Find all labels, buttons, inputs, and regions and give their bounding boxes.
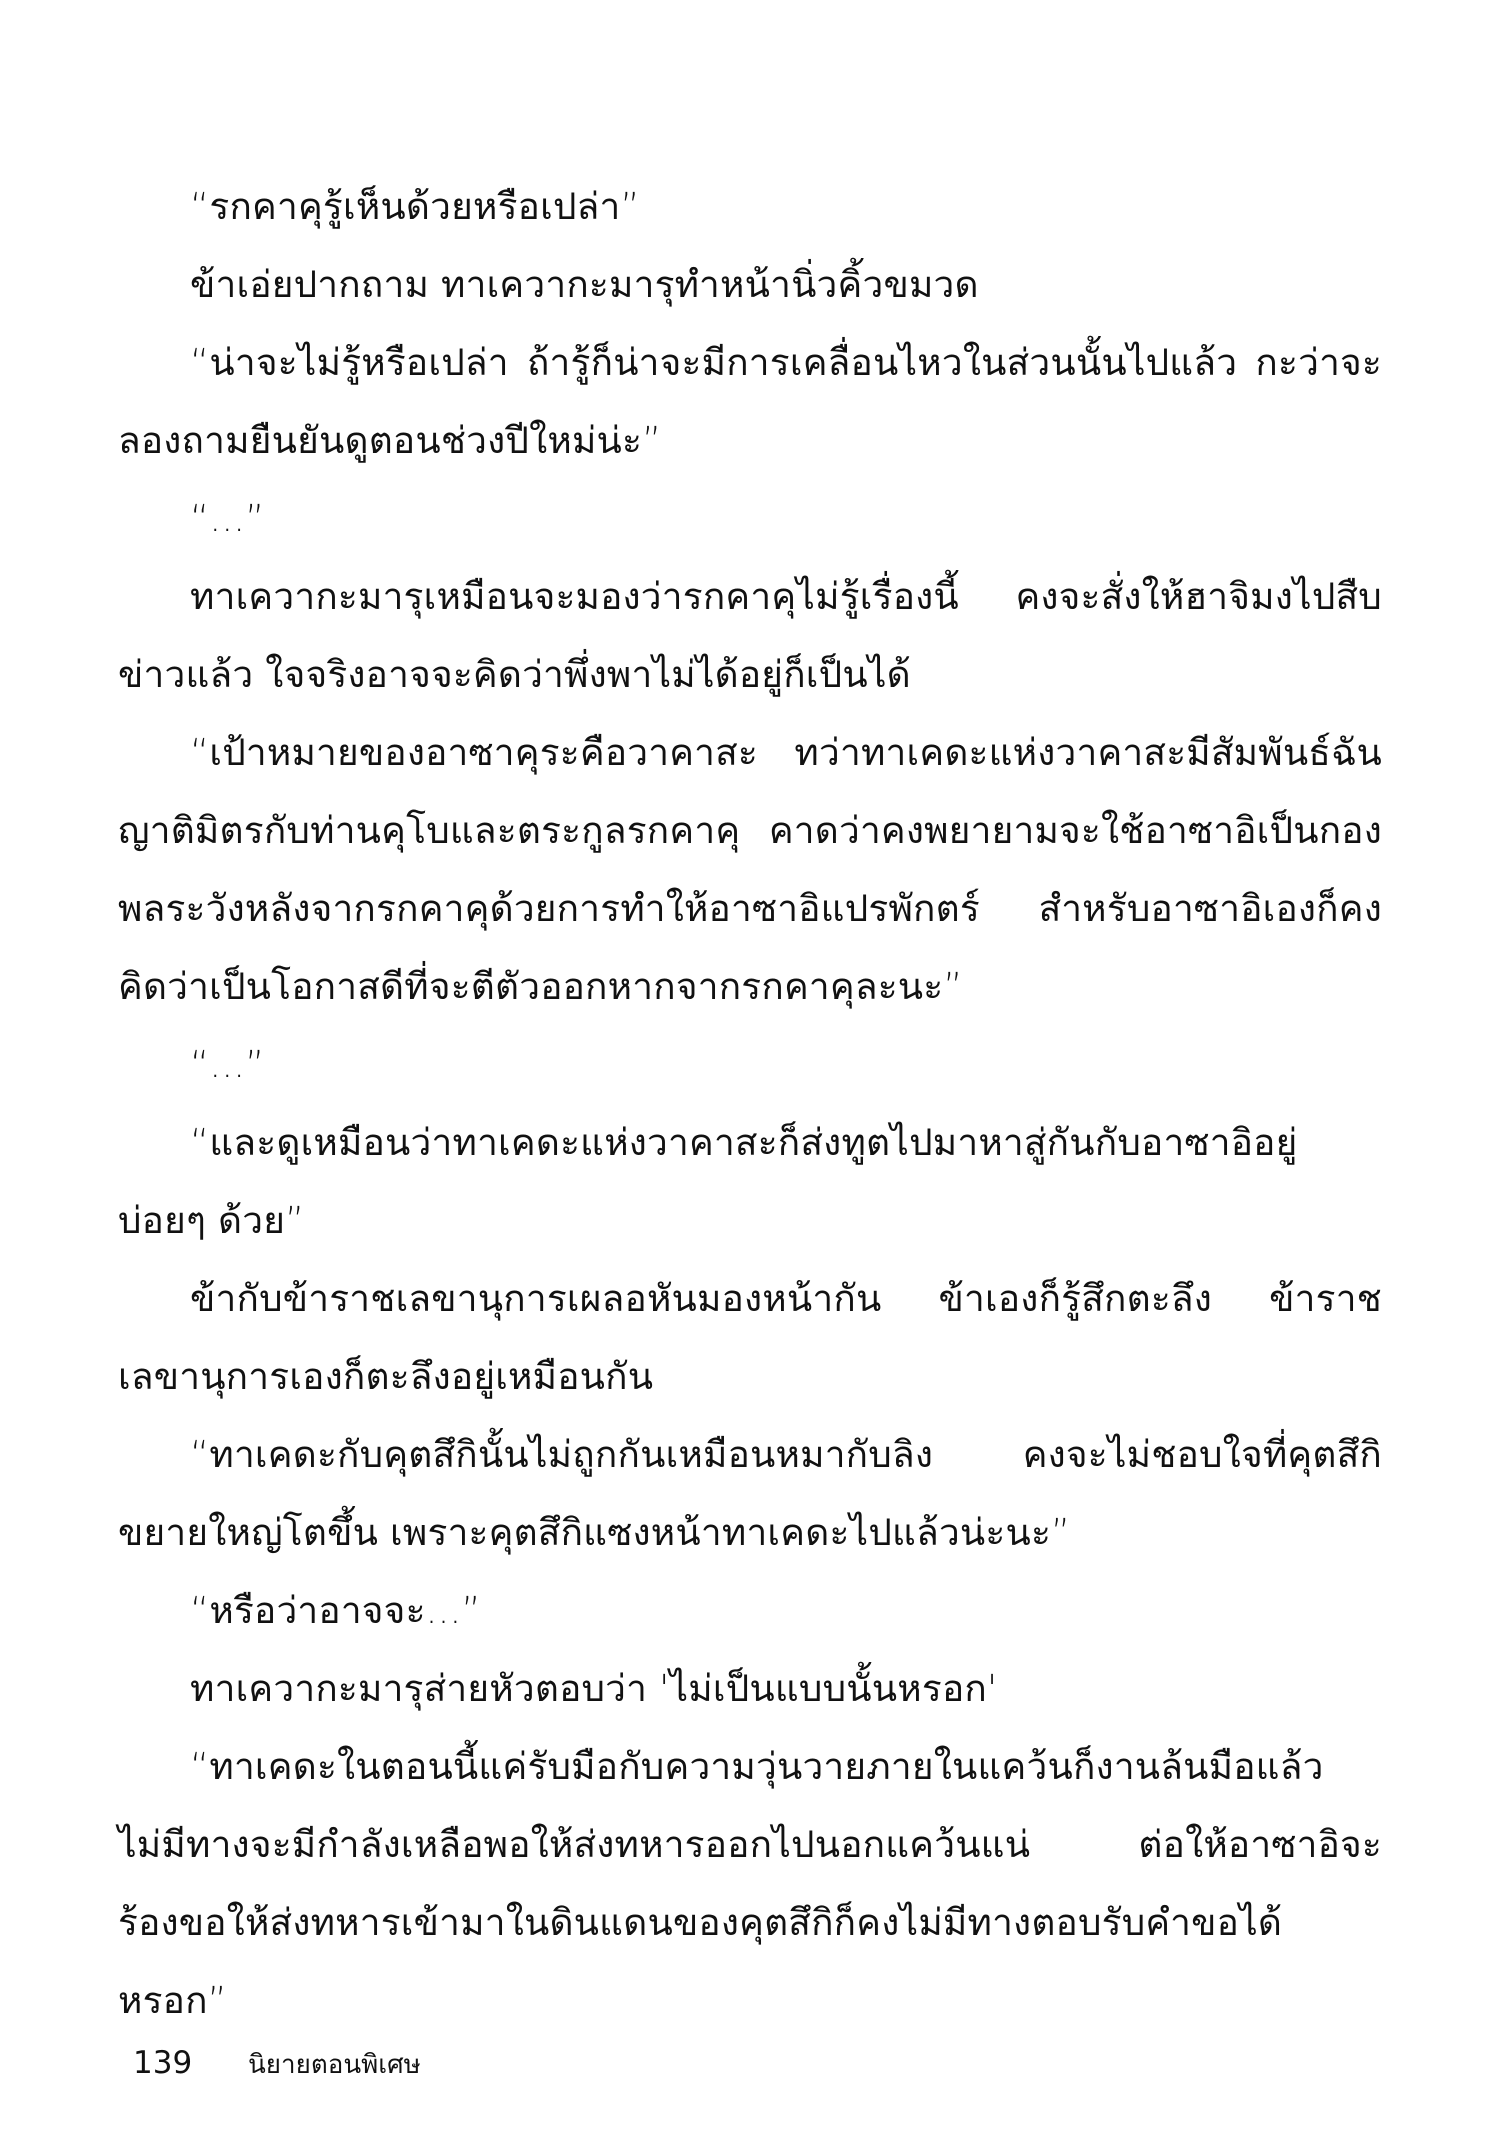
paragraph: ทาเควากะมารุส่ายหัวตอบว่า 'ไม่เป็นแบบนั้… <box>118 1650 1382 1728</box>
paragraph: ข้ากับข้าราชเลขานุการเผลอหันมองหน้ากัน ข… <box>118 1260 1382 1416</box>
paragraph: “...” <box>118 480 1382 558</box>
paragraph: “น่าจะไม่รู้หรือเปล่า ถ้ารู้ก็น่าจะมีการ… <box>118 324 1382 480</box>
paragraph: “เป้าหมายของอาซาคุระคือวาคาสะ ทว่าทาเคดะ… <box>118 714 1382 1026</box>
page-number: 139 <box>133 2045 248 2081</box>
paragraph: “ทาเคดะกับคุตสึกินั้นไม่ถูกกันเหมือนหมาก… <box>118 1416 1382 1572</box>
page-footer: 139 นิยายตอนพิเศษ <box>133 2044 421 2085</box>
paragraph: ข้าเอ่ยปากถาม ทาเควากะมารุทำหน้านิ่วคิ้ว… <box>118 246 1382 324</box>
running-title: นิยายตอนพิเศษ <box>248 2044 421 2085</box>
paragraph: “หรือว่าอาจจะ...” <box>118 1572 1382 1650</box>
paragraph: “ทาเคดะในตอนนี้แค่รับมือกับความวุ่นวายภา… <box>118 1728 1382 2040</box>
paragraph: “และดูเหมือนว่าทาเคดะแห่งวาคาสะก็ส่งทูตไ… <box>118 1104 1382 1260</box>
paragraph: ทาเควากะมารุเหมือนจะมองว่ารกคาคุไม่รู้เร… <box>118 558 1382 714</box>
paragraph: “...” <box>118 1026 1382 1104</box>
paragraph: “รกคาคุรู้เห็นด้วยหรือเปล่า” <box>118 168 1382 246</box>
page-body: “รกคาคุรู้เห็นด้วยหรือเปล่า” ข้าเอ่ยปากถ… <box>118 168 1382 2040</box>
